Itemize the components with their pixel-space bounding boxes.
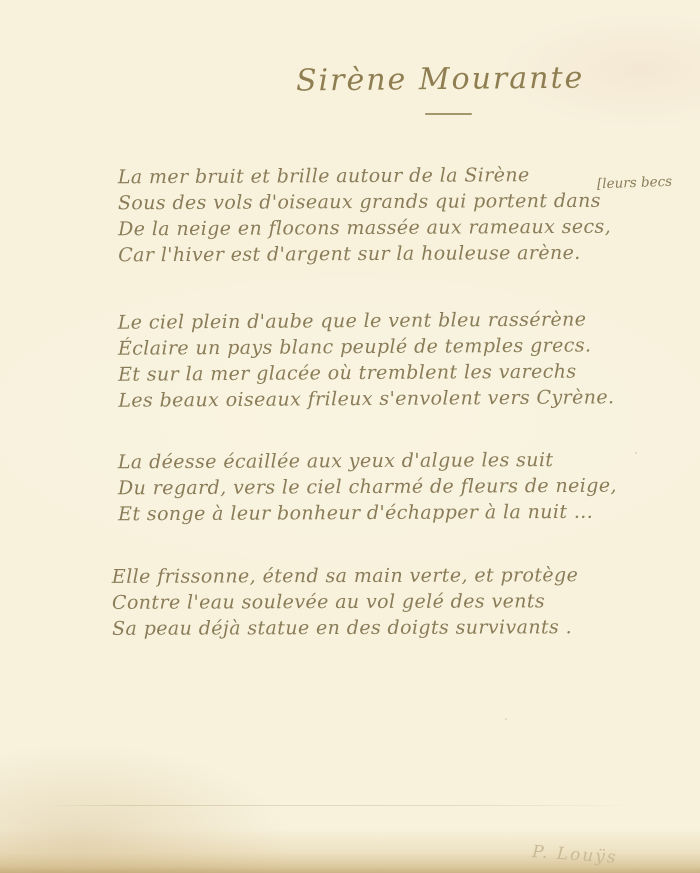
stanza-3: La déesse écaillée aux yeux d'algue les … [118,447,617,528]
poem-line: La déesse écaillée aux yeux d'algue les … [118,447,617,476]
poem-line: Le ciel plein d'aube que le vent bleu ra… [118,306,614,335]
paper-speck [152,200,154,202]
margin-annotation: [leurs becs [597,174,673,193]
title-underline [425,113,472,115]
poem-line: Contre l'eau soulevée au vol gelé des ve… [112,588,578,616]
poem-line: Car l'hiver est d'argent sur la houleuse… [118,240,611,269]
stanza-4: Elle frissonne, étend sa main verte, et … [112,562,579,642]
stanza-2: Le ciel plein d'aube que le vent bleu ra… [118,306,615,413]
poem-line: Les beaux oiseaux frileux s'envolent ver… [118,384,614,413]
poem-line: Et sur la mer glacée où tremblent les va… [118,358,614,387]
poem-line: Sa peau déjà statue en des doigts surviv… [112,614,578,642]
poem-line: Et songe à leur bonheur d'échapper à la … [118,499,617,528]
paper-speck [505,718,507,720]
poem-line: Sous des vols d'oiseaux grands qui porte… [118,188,611,217]
poem-line: De la neige en flocons massée aux rameau… [118,214,611,243]
poem-title: Sirène Mourante [296,60,585,98]
paper-speck [635,452,637,454]
manuscript-page: Sirène Mourante La mer bruit et brille a… [0,0,700,873]
stanza-1: La mer bruit et brille autour de la Sirè… [118,162,612,269]
poem-line: Éclaire un pays blanc peuplé de temples … [118,332,614,361]
poem-line: La mer bruit et brille autour de la Sirè… [118,162,611,191]
poem-line: Du regard, vers le ciel charmé de fleurs… [118,473,617,502]
paper-crease [42,805,642,806]
poem-line: Elle frissonne, étend sa main verte, et … [112,562,578,590]
